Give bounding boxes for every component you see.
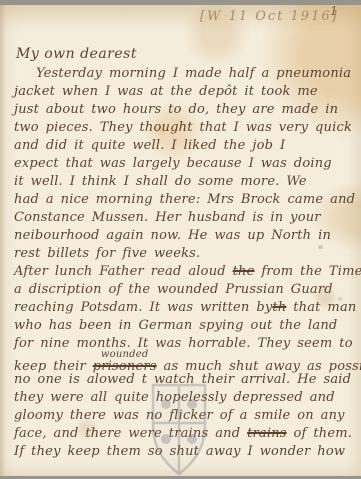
letter-line: for nine months. It was horrable. They s…: [14, 335, 356, 353]
letter-line: Constance Mussen. Her husband is in your: [14, 209, 356, 227]
letter-line: jacket when I was at the depôt it took m…: [14, 83, 356, 101]
letter-line: gloomy there was no flicker of a smile o…: [14, 407, 356, 425]
letter-line: keep their woundedprisoners as much shut…: [14, 353, 356, 371]
letter-line: they were all quite hopelessly depressed…: [14, 389, 356, 407]
letter-line: two pieces. They thought that I was very…: [14, 119, 356, 137]
letter-line: no one is alowed t watch their arrival. …: [14, 371, 356, 389]
letter-line: expect that was largely because I was do…: [14, 155, 356, 173]
letter-line: it well. I think I shall do some more. W…: [14, 173, 356, 191]
letter-line: had a nice morning there: Mrs Brock came…: [14, 191, 356, 209]
letter-line: After lunch Father read aloud the from t…: [14, 263, 356, 281]
letter-line: and did it quite well. I liked the job I: [14, 137, 356, 155]
letter-line: Yesterday morning I made half a pneumoni…: [14, 65, 356, 83]
letter-body: Yesterday morning I made half a pneumoni…: [14, 65, 356, 461]
page-number: 1: [330, 4, 338, 18]
letter-line: face, and there were trains and trains o…: [14, 425, 356, 443]
letter-line: rest billets for five weeks.: [14, 245, 356, 263]
letter-line: neibourhood again now. He was up North i…: [14, 227, 356, 245]
date-annotation: [W 11 Oct 1916]: [200, 9, 339, 24]
letter-line: a discription of the wounded Prussian Gu…: [14, 281, 356, 299]
salutation: My own dearest: [16, 46, 137, 62]
letter-line: just about two hours to do, they are mad…: [14, 101, 356, 119]
interline-correction: woundedprisoners: [93, 353, 157, 371]
letter-scan: { "meta": { "date_note": "[W 11 Oct 1916…: [0, 0, 361, 479]
letter-line: reaching Potsdam. It was written byth th…: [14, 299, 356, 317]
letter-line: who has been in German spying out the la…: [14, 317, 356, 335]
letter-line: If they keep them so shut away I wonder …: [14, 443, 356, 461]
